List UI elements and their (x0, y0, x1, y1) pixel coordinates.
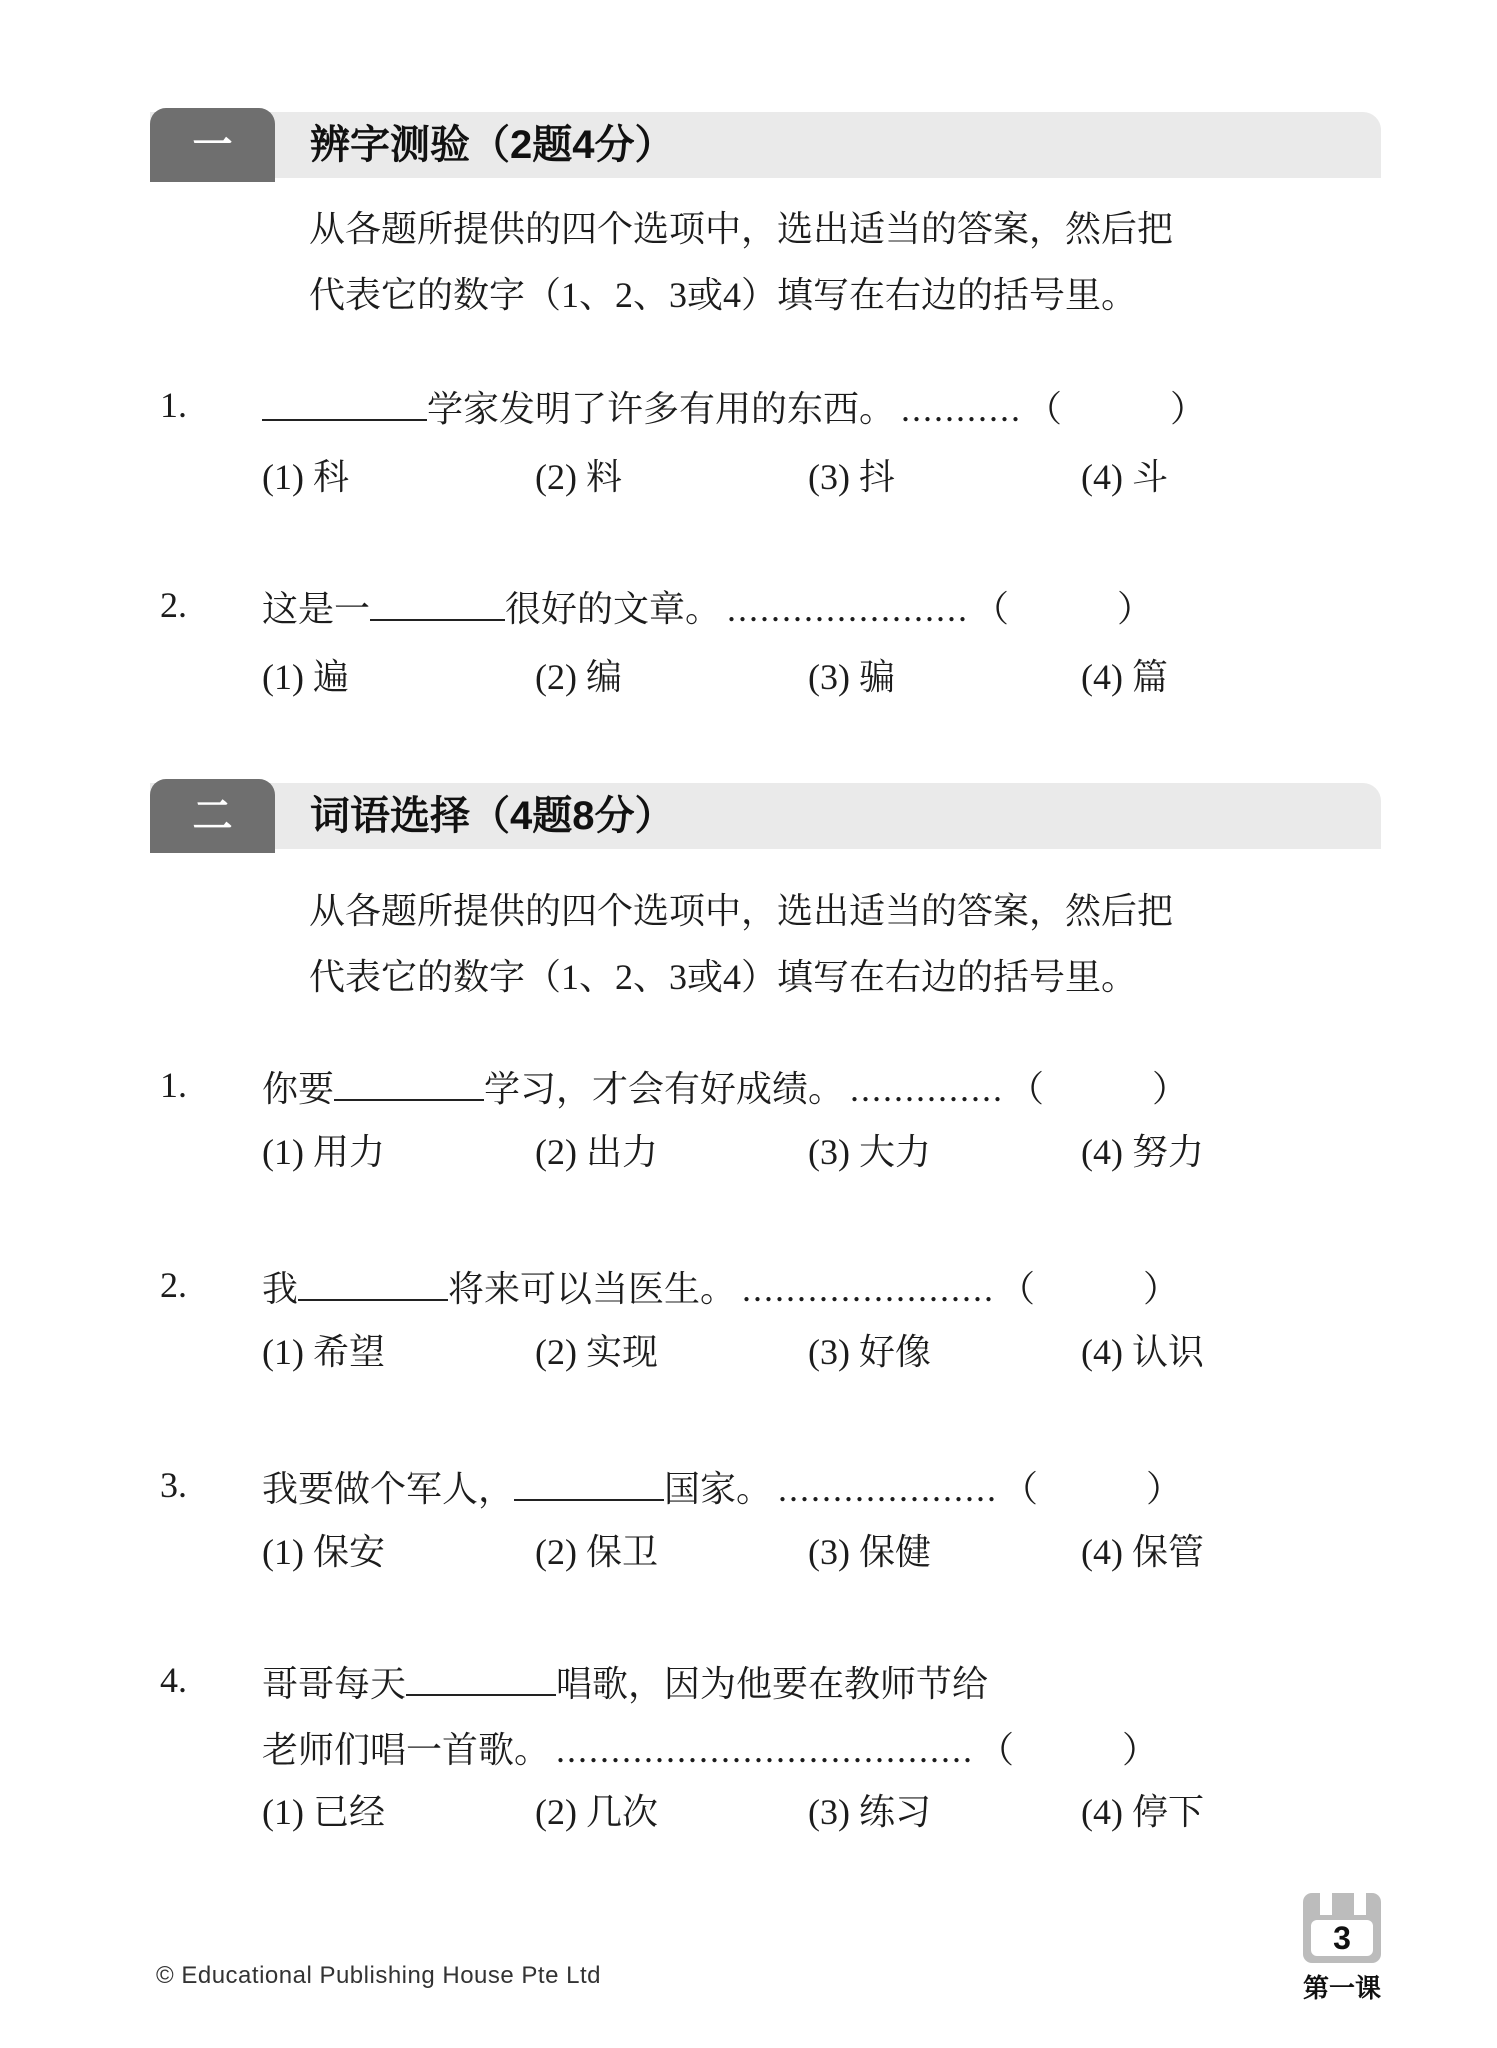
lesson-label: 第一课 (1303, 1968, 1381, 2005)
section2-tab: 二 (150, 779, 275, 853)
option-item: (4) 停下 (1081, 1790, 1442, 1834)
question-post-text: 国家。 (664, 1469, 772, 1509)
question-number: 2. (160, 583, 187, 627)
question-row: 3. 我要做个军人，国家。....................（ ） (0, 1463, 1497, 1511)
dot-leader: ....................... (742, 1269, 995, 1309)
answer-blank (298, 1263, 448, 1301)
answer-bracket: （ ） (1002, 1469, 1182, 1509)
section1-title: 辨字测验（2题4分） (310, 112, 675, 178)
answer-blank (334, 1063, 484, 1101)
calendar-icon: 3 (1303, 1893, 1381, 1963)
option-item: (4) 努力 (1081, 1130, 1442, 1174)
question-pre-text: 我 (262, 1269, 298, 1309)
answer-bracket: （ ） (999, 1269, 1179, 1309)
question-post-text: 学习，才会有好成绩。 (484, 1069, 844, 1109)
dot-leader: ........... (901, 389, 1022, 429)
question-post-text: 唱歌，因为他要在教师节给 (556, 1664, 988, 1704)
question-row: 1. 学家发明了许多有用的东西。...........（ ） (0, 383, 1497, 431)
answer-bracket: （ ） (973, 589, 1153, 629)
answer-bracket: （ ） (1008, 1069, 1188, 1109)
question-pre-text: 我要做个军人， (262, 1469, 514, 1509)
option-item: (3) 练习 (808, 1790, 1081, 1834)
option-item: (1) 遍 (262, 655, 535, 699)
option-item: (3) 保健 (808, 1530, 1081, 1574)
option-item: (2) 几次 (535, 1790, 808, 1834)
question-post-text: 很好的文章。 (505, 589, 721, 629)
answer-blank (262, 383, 427, 421)
section1-tab: 一 (150, 108, 275, 182)
section1-instructions-line1: 从各题所提供的四个选项中，选出适当的答案，然后把 (309, 196, 1429, 262)
options-row: (1) 遍 (2) 编 (3) 骗 (4) 篇 (262, 655, 1442, 699)
question-row: 4. 哥哥每天唱歌，因为他要在教师节给 (0, 1658, 1497, 1706)
question-number: 2. (160, 1263, 187, 1307)
question-text: 你要学习，才会有好成绩。..............（ ） (262, 1063, 1497, 1111)
option-item: (2) 保卫 (535, 1530, 808, 1574)
question-text: 我要做个军人，国家。....................（ ） (262, 1463, 1497, 1511)
question-text: 学家发明了许多有用的东西。...........（ ） (262, 383, 1497, 431)
answer-blank (370, 583, 505, 621)
options-row: (1) 用力 (2) 出力 (3) 大力 (4) 努力 (262, 1130, 1442, 1174)
option-item: (2) 出力 (535, 1130, 808, 1174)
question-number: 1. (160, 1063, 187, 1107)
option-item: (4) 斗 (1081, 455, 1442, 499)
question-text: 这是一很好的文章。......................（ ） (262, 583, 1497, 631)
options-row: (1) 科 (2) 料 (3) 抖 (4) 斗 (262, 455, 1442, 499)
section2-instructions-line2: 代表它的数字（1、2、3或4）填写在右边的括号里。 (309, 944, 1429, 1010)
dot-leader: .................... (778, 1469, 998, 1509)
option-item: (1) 科 (262, 455, 535, 499)
dot-leader: .............. (850, 1069, 1004, 1109)
question-pre-text: 这是一 (262, 589, 370, 629)
section2-instructions-line1: 从各题所提供的四个选项中，选出适当的答案，然后把 (309, 878, 1429, 944)
dot-leader: ...................................... (556, 1730, 974, 1770)
option-item: (3) 大力 (808, 1130, 1081, 1174)
answer-bracket: （ ） (978, 1730, 1158, 1770)
section1-instructions: 从各题所提供的四个选项中，选出适当的答案，然后把 代表它的数字（1、2、3或4）… (309, 196, 1429, 328)
footer-copyright: © Educational Publishing House Pte Ltd (156, 1962, 601, 1990)
section2-tab-label: 二 (193, 794, 233, 838)
worksheet-page: 一 辨字测验（2题4分） 从各题所提供的四个选项中，选出适当的答案，然后把 代表… (0, 0, 1497, 2048)
answer-bracket: （ ） (1026, 389, 1206, 429)
question-pre-text: 哥哥每天 (262, 1664, 406, 1704)
question-row: 2. 我将来可以当医生。.......................（ ） (0, 1263, 1497, 1311)
section1-instructions-line2: 代表它的数字（1、2、3或4）填写在右边的括号里。 (309, 262, 1429, 328)
option-item: (3) 抖 (808, 455, 1081, 499)
question-text: 我将来可以当医生。.......................（ ） (262, 1263, 1497, 1311)
calendar-icon-ring (1320, 1893, 1332, 1915)
option-item: (4) 篇 (1081, 655, 1442, 699)
section1-tab-label: 一 (193, 123, 233, 167)
question-number: 3. (160, 1463, 187, 1507)
question-continuation-text: 老师们唱一首歌。 (262, 1730, 550, 1770)
question-pre-text: 你要 (262, 1069, 334, 1109)
question-post-text: 将来可以当医生。 (448, 1269, 736, 1309)
answer-blank (406, 1658, 556, 1696)
calendar-icon-ring (1354, 1893, 1366, 1915)
option-item: (4) 保管 (1081, 1530, 1442, 1574)
question-row-continuation: 老师们唱一首歌。................................… (0, 1728, 1497, 1772)
option-item: (2) 料 (535, 455, 808, 499)
options-row: (1) 已经 (2) 几次 (3) 练习 (4) 停下 (262, 1790, 1442, 1834)
question-row: 2. 这是一很好的文章。......................（ ） (0, 583, 1497, 631)
options-row: (1) 希望 (2) 实现 (3) 好像 (4) 认识 (262, 1330, 1442, 1374)
option-item: (2) 编 (535, 655, 808, 699)
answer-blank (514, 1463, 664, 1501)
option-item: (3) 骗 (808, 655, 1081, 699)
option-item: (1) 保安 (262, 1530, 535, 1574)
question-text: 老师们唱一首歌。................................… (262, 1728, 1497, 1772)
option-item: (1) 用力 (262, 1130, 535, 1174)
option-item: (4) 认识 (1081, 1330, 1442, 1374)
option-item: (1) 希望 (262, 1330, 535, 1374)
option-item: (3) 好像 (808, 1330, 1081, 1374)
question-row: 1. 你要学习，才会有好成绩。..............（ ） (0, 1063, 1497, 1111)
question-number: 4. (160, 1658, 187, 1702)
option-item: (2) 实现 (535, 1330, 808, 1374)
section2-instructions: 从各题所提供的四个选项中，选出适当的答案，然后把 代表它的数字（1、2、3或4）… (309, 878, 1429, 1010)
question-number: 1. (160, 383, 187, 427)
page-number: 3 (1333, 1920, 1351, 1957)
question-text: 哥哥每天唱歌，因为他要在教师节给 (262, 1658, 1497, 1706)
dot-leader: ...................... (727, 589, 969, 629)
options-row: (1) 保安 (2) 保卫 (3) 保健 (4) 保管 (262, 1530, 1442, 1574)
option-item: (1) 已经 (262, 1790, 535, 1834)
section2-title: 词语选择（4题8分） (310, 783, 675, 849)
question-post-text: 学家发明了许多有用的东西。 (427, 389, 895, 429)
page-number-badge: 3 (1311, 1920, 1373, 1956)
